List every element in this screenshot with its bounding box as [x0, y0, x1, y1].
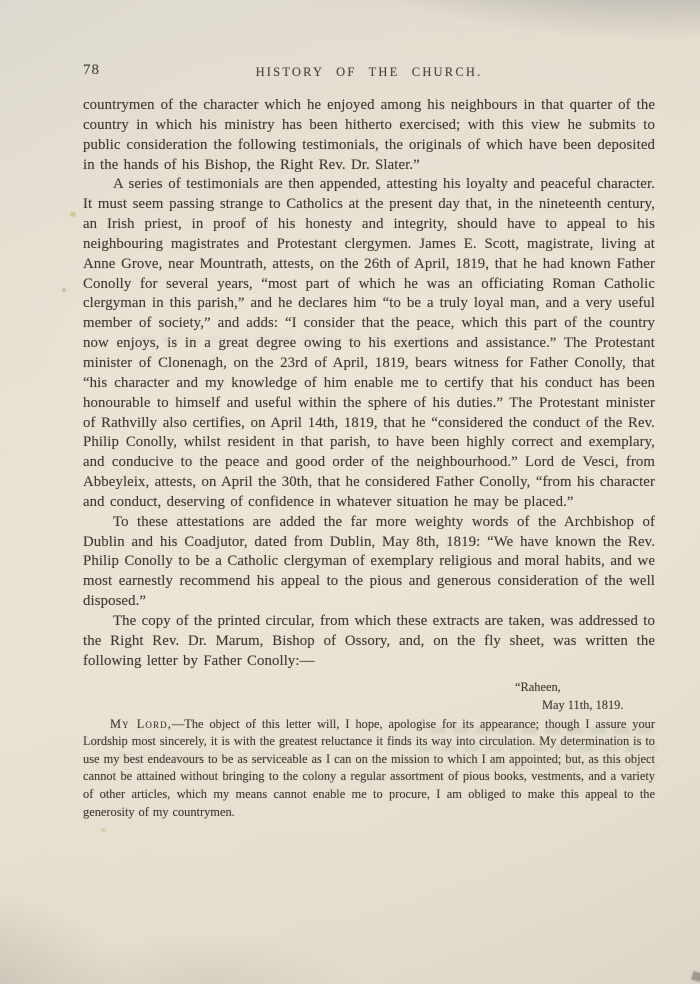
letter-date: May 11th, 1819.: [83, 697, 655, 715]
paper-stain: [70, 212, 76, 217]
show-through-text: [95, 752, 310, 759]
page-header: 78 HISTORY OF THE CHURCH.: [83, 62, 655, 82]
paper-stain: [62, 288, 66, 292]
letter-place: “Raheen,: [83, 679, 655, 697]
page-corner-mark: [691, 971, 700, 983]
show-through-text: [140, 336, 430, 343]
body-text-block: countrymen of the character which he enj…: [83, 96, 655, 671]
page-number: 78: [83, 62, 100, 79]
body-paragraph: countrymen of the character which he enj…: [83, 96, 655, 175]
letter-salutation: My Lord,: [110, 717, 172, 731]
show-through-text: [418, 745, 658, 752]
scanned-book-page: 78 HISTORY OF THE CHURCH. countrymen of …: [0, 0, 700, 984]
body-paragraph: To these attestations are added the far …: [83, 513, 655, 612]
body-paragraph: The copy of the printed circular, from w…: [83, 612, 655, 672]
show-through-text: [430, 727, 658, 734]
paper-stain: [101, 828, 106, 832]
body-paragraph: A series of testimonials are then append…: [83, 175, 655, 512]
show-through-text: [468, 763, 658, 770]
running-title: HISTORY OF THE CHURCH.: [83, 62, 655, 80]
